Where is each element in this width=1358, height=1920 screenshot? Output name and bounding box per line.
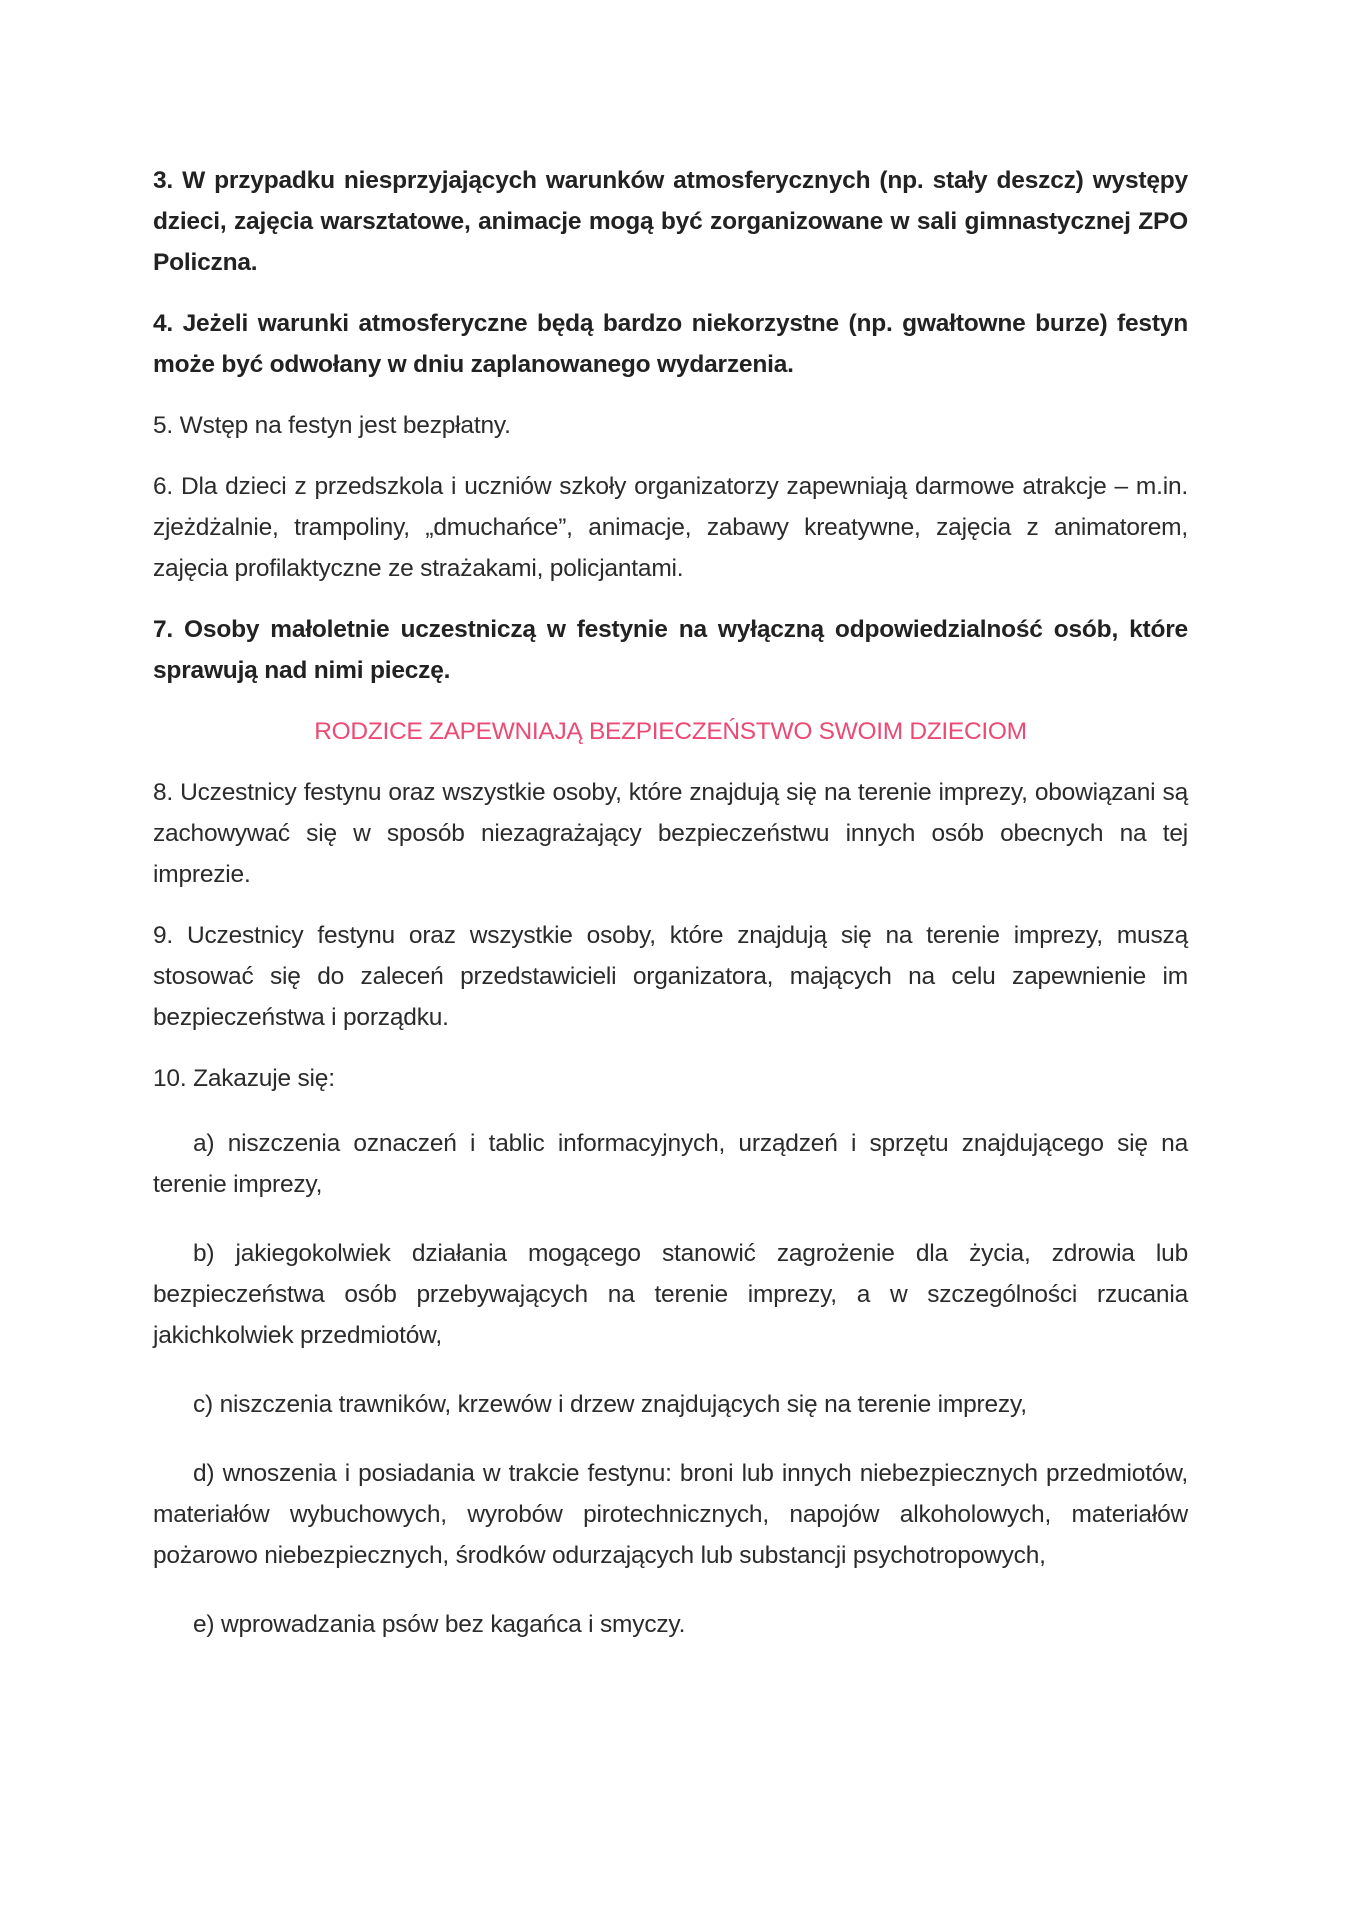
prohibition-item-e: e) wprowadzania psów bez kagańca i smycz… [153,1604,1188,1645]
paragraph-3-weather-indoor: 3. W przypadku niesprzyjających warunków… [153,160,1188,283]
paragraph-7-minors: 7. Osoby małoletnie uczestniczą w festyn… [153,609,1188,691]
document-page: 3. W przypadku niesprzyjających warunków… [153,160,1188,1673]
paragraph-5-free-entry: 5. Wstęp na festyn jest bezpłatny. [153,405,1188,446]
prohibition-item-a: a) niszczenia oznaczeń i tablic informac… [153,1123,1188,1205]
paragraph-8-behavior: 8. Uczestnicy festynu oraz wszystkie oso… [153,772,1188,895]
prohibition-item-b: b) jakiegokolwiek działania mogącego sta… [153,1233,1188,1356]
paragraph-9-instructions: 9. Uczestnicy festynu oraz wszystkie oso… [153,915,1188,1038]
prohibition-item-d: d) wnoszenia i posiadania w trakcie fest… [153,1453,1188,1576]
prohibition-item-c: c) niszczenia trawników, krzewów i drzew… [153,1384,1188,1425]
paragraph-4-cancellation: 4. Jeżeli warunki atmosferyczne będą bar… [153,303,1188,385]
paragraph-10-prohibitions: 10. Zakazuje się: [153,1058,1188,1099]
paragraph-6-attractions: 6. Dla dzieci z przedszkola i uczniów sz… [153,466,1188,589]
parents-safety-heading: RODZICE ZAPEWNIAJĄ BEZPIECZEŃSTWO SWOIM … [153,711,1188,752]
prohibitions-list: a) niszczenia oznaczeń i tablic informac… [153,1123,1188,1645]
